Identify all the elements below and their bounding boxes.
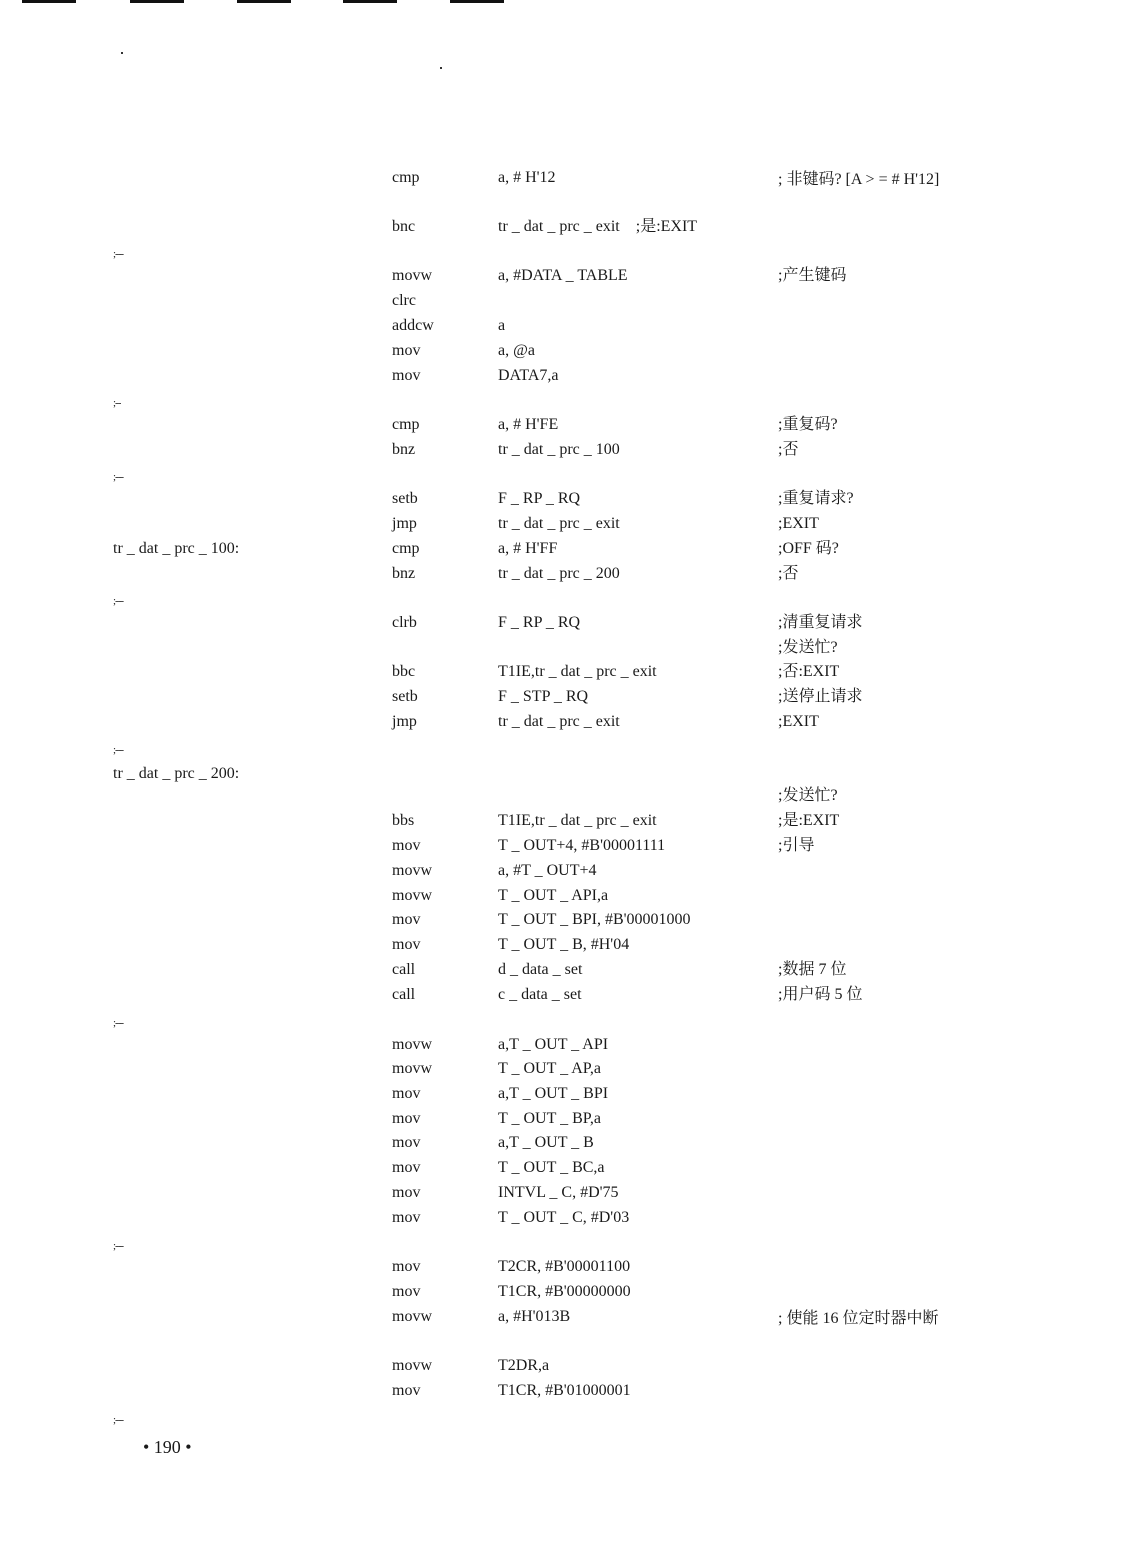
code-line: mova, @a bbox=[0, 341, 1122, 366]
code-line: setbF _ STP _ RQ;送停止请求 bbox=[0, 687, 1122, 712]
opcode: setb bbox=[392, 489, 418, 509]
separator-text: ;--- bbox=[113, 1236, 123, 1256]
code-line: bbsT1IE,tr _ dat _ prc _ exit;是:EXIT bbox=[0, 811, 1122, 836]
opcode: bnz bbox=[392, 564, 415, 584]
opcode: movw bbox=[392, 1059, 432, 1079]
opcode: setb bbox=[392, 687, 418, 707]
top-rule bbox=[22, 0, 76, 3]
operand: T1CR, #B'00000000 bbox=[498, 1282, 631, 1302]
code-line: movwa, #H'013B; 使能 16 位定时器中断 bbox=[0, 1307, 1122, 1332]
operand: a, #H'013B bbox=[498, 1307, 570, 1327]
opcode: bnz bbox=[392, 440, 415, 460]
opcode: mov bbox=[392, 1133, 420, 1153]
operand: a, # H'FE bbox=[498, 415, 558, 435]
code-comment: ;产生键码 bbox=[778, 266, 846, 286]
operand: DATA7,a bbox=[498, 366, 558, 386]
separator-text: ;--- bbox=[113, 591, 123, 611]
opcode: bbc bbox=[392, 662, 415, 682]
top-rule bbox=[237, 0, 291, 3]
operand: T _ OUT _ C, #D'03 bbox=[498, 1208, 629, 1228]
operand: T _ OUT _ BC,a bbox=[498, 1158, 605, 1178]
code-line: movT _ OUT _ C, #D'03 bbox=[0, 1208, 1122, 1233]
code-comment: ;清重复请求 bbox=[778, 613, 862, 633]
code-line: calld _ data _ set;数据 7 位 bbox=[0, 960, 1122, 985]
code-line: movwT _ OUT _ AP,a bbox=[0, 1059, 1122, 1084]
code-line: clrbF _ RP _ RQ;清重复请求 bbox=[0, 613, 1122, 638]
operand: T1CR, #B'01000001 bbox=[498, 1381, 631, 1401]
code-line: ;发送忙? bbox=[0, 638, 1122, 663]
code-comment: ;是:EXIT bbox=[778, 811, 839, 831]
operand: T2CR, #B'00001100 bbox=[498, 1257, 630, 1277]
opcode: clrc bbox=[392, 291, 416, 311]
opcode: bbs bbox=[392, 811, 414, 831]
code-line: movINTVL _ C, #D'75 bbox=[0, 1183, 1122, 1208]
opcode: mov bbox=[392, 366, 420, 386]
operand: a, #DATA _ TABLE bbox=[498, 266, 628, 286]
operand: T2DR,a bbox=[498, 1356, 549, 1376]
code-line: movT2CR, #B'00001100 bbox=[0, 1257, 1122, 1282]
operand: F _ RP _ RQ bbox=[498, 489, 580, 509]
code-line: cmpa, # H'12; 非键码? [A > = # H'12] bbox=[0, 168, 1122, 193]
opcode: mov bbox=[392, 1158, 420, 1178]
code-line: jmptr _ dat _ prc _ exit;EXIT bbox=[0, 514, 1122, 539]
opcode: clrb bbox=[392, 613, 417, 633]
code-line: mova,T _ OUT _ BPI bbox=[0, 1084, 1122, 1109]
opcode: movw bbox=[392, 861, 432, 881]
separator-text: ;--- bbox=[113, 467, 123, 487]
operand: T _ OUT+4, #B'00001111 bbox=[498, 836, 665, 856]
operand: c _ data _ set bbox=[498, 985, 582, 1005]
opcode: mov bbox=[392, 341, 420, 361]
separator-text: ;--- bbox=[113, 1410, 123, 1430]
opcode: cmp bbox=[392, 415, 420, 435]
operand: tr _ dat _ prc _ exit bbox=[498, 514, 620, 534]
separator-text: ;--- bbox=[113, 1013, 123, 1033]
code-comment: ;EXIT bbox=[778, 712, 819, 732]
opcode: mov bbox=[392, 1084, 420, 1104]
code-line: movwa, #T _ OUT+4 bbox=[0, 861, 1122, 886]
opcode: mov bbox=[392, 1257, 420, 1277]
opcode: call bbox=[392, 960, 415, 980]
operand: T _ OUT _ AP,a bbox=[498, 1059, 601, 1079]
code-label: tr _ dat _ prc _ 200: bbox=[113, 764, 239, 784]
operand: T1IE,tr _ dat _ prc _ exit bbox=[498, 811, 657, 831]
opcode: addcw bbox=[392, 316, 434, 336]
operand: T _ OUT _ B, #H'04 bbox=[498, 935, 629, 955]
code-line: bbcT1IE,tr _ dat _ prc _ exit;否:EXIT bbox=[0, 662, 1122, 687]
separator-text: ;--- bbox=[113, 740, 123, 760]
page-number: • 190 • bbox=[143, 1437, 192, 1458]
code-comment: ;重复请求? bbox=[778, 489, 854, 509]
operand: T1IE,tr _ dat _ prc _ exit bbox=[498, 662, 657, 682]
operand: a,T _ OUT _ API bbox=[498, 1035, 608, 1055]
opcode: mov bbox=[392, 1282, 420, 1302]
separator-comment: ;--- bbox=[0, 1410, 1122, 1435]
code-line: movT _ OUT _ BC,a bbox=[0, 1158, 1122, 1183]
code-line: movwa,T _ OUT _ API bbox=[0, 1035, 1122, 1060]
code-line: mova,T _ OUT _ B bbox=[0, 1133, 1122, 1158]
code-comment: ;EXIT bbox=[778, 514, 819, 534]
code-comment: ;否:EXIT bbox=[778, 662, 839, 682]
code-line: movwT2DR,a bbox=[0, 1356, 1122, 1381]
separator-comment: ;--- bbox=[0, 740, 1122, 765]
code-comment: ;用户码 5 位 bbox=[778, 985, 862, 1005]
code-line: callc _ data _ set;用户码 5 位 bbox=[0, 985, 1122, 1010]
opcode: movw bbox=[392, 886, 432, 906]
separator-text: ;-- bbox=[113, 393, 120, 413]
operand: tr _ dat _ prc _ exit ;是:EXIT bbox=[498, 217, 697, 237]
top-rule bbox=[450, 0, 504, 3]
top-rule bbox=[130, 0, 184, 3]
code-line: addcwa bbox=[0, 316, 1122, 341]
operand: a, # H'12 bbox=[498, 168, 556, 188]
code-line: movT1CR, #B'00000000 bbox=[0, 1282, 1122, 1307]
opcode: mov bbox=[392, 935, 420, 955]
opcode: cmp bbox=[392, 168, 420, 188]
code-line: movT _ OUT+4, #B'00001111;引导 bbox=[0, 836, 1122, 861]
operand: tr _ dat _ prc _ exit bbox=[498, 712, 620, 732]
scan-speck bbox=[121, 52, 123, 54]
opcode: mov bbox=[392, 1381, 420, 1401]
operand: tr _ dat _ prc _ 100 bbox=[498, 440, 620, 460]
top-rule bbox=[343, 0, 397, 3]
code-comment: ;发送忙? bbox=[778, 786, 838, 806]
code-line: bnztr _ dat _ prc _ 100;否 bbox=[0, 440, 1122, 465]
operand: INTVL _ C, #D'75 bbox=[498, 1183, 619, 1203]
opcode: movw bbox=[392, 266, 432, 286]
opcode: movw bbox=[392, 1356, 432, 1376]
opcode: jmp bbox=[392, 514, 417, 534]
code-line: movT _ OUT _ B, #H'04 bbox=[0, 935, 1122, 960]
operand: F _ STP _ RQ bbox=[498, 687, 588, 707]
opcode: jmp bbox=[392, 712, 417, 732]
operand: d _ data _ set bbox=[498, 960, 582, 980]
code-line: cmpa, # H'FE;重复码? bbox=[0, 415, 1122, 440]
operand: a, @a bbox=[498, 341, 535, 361]
code-line: clrc bbox=[0, 291, 1122, 316]
code-comment: ;重复码? bbox=[778, 415, 838, 435]
opcode: movw bbox=[392, 1307, 432, 1327]
opcode: mov bbox=[392, 1109, 420, 1129]
code-comment: ; 非键码? [A > = # H'12] bbox=[778, 168, 963, 192]
opcode: mov bbox=[392, 836, 420, 856]
code-comment: ;OFF 码? bbox=[778, 539, 839, 559]
operand: a,T _ OUT _ BPI bbox=[498, 1084, 608, 1104]
operand: T _ OUT _ API,a bbox=[498, 886, 608, 906]
opcode: mov bbox=[392, 1208, 420, 1228]
operand: a bbox=[498, 316, 505, 336]
scan-speck bbox=[440, 67, 442, 69]
code-line: movT _ OUT _ BP,a bbox=[0, 1109, 1122, 1134]
code-line: movT _ OUT _ BPI, #B'00001000 bbox=[0, 910, 1122, 935]
code-comment: ;发送忙? bbox=[778, 638, 838, 658]
code-line: ;发送忙? bbox=[0, 786, 1122, 811]
code-comment: ;数据 7 位 bbox=[778, 960, 846, 980]
opcode: call bbox=[392, 985, 415, 1005]
code-line: movwT _ OUT _ API,a bbox=[0, 886, 1122, 911]
operand: a,T _ OUT _ B bbox=[498, 1133, 594, 1153]
code-line: bnctr _ dat _ prc _ exit ;是:EXIT bbox=[0, 217, 1122, 242]
code-line: movT1CR, #B'01000001 bbox=[0, 1381, 1122, 1406]
opcode: cmp bbox=[392, 539, 420, 559]
code-line: tr _ dat _ prc _ 100:cmpa, # H'FF;OFF 码? bbox=[0, 539, 1122, 564]
code-line: bnztr _ dat _ prc _ 200;否 bbox=[0, 564, 1122, 589]
code-comment: ;否 bbox=[778, 440, 798, 460]
operand: T _ OUT _ BPI, #B'00001000 bbox=[498, 910, 691, 930]
opcode: bnc bbox=[392, 217, 415, 237]
opcode: movw bbox=[392, 1035, 432, 1055]
code-comment: ;否 bbox=[778, 564, 798, 584]
code-line: movwa, #DATA _ TABLE;产生键码 bbox=[0, 266, 1122, 291]
separator-text: ;--- bbox=[113, 244, 123, 264]
operand: a, # H'FF bbox=[498, 539, 557, 559]
operand: a, #T _ OUT+4 bbox=[498, 861, 597, 881]
code-comment: ;送停止请求 bbox=[778, 687, 862, 707]
operand: tr _ dat _ prc _ 200 bbox=[498, 564, 620, 584]
code-line: movDATA7,a bbox=[0, 366, 1122, 391]
code-line: jmptr _ dat _ prc _ exit;EXIT bbox=[0, 712, 1122, 737]
opcode: mov bbox=[392, 1183, 420, 1203]
opcode: mov bbox=[392, 910, 420, 930]
operand: F _ RP _ RQ bbox=[498, 613, 580, 633]
code-label: tr _ dat _ prc _ 100: bbox=[113, 539, 239, 559]
code-comment: ;引导 bbox=[778, 836, 814, 856]
code-line: setbF _ RP _ RQ;重复请求? bbox=[0, 489, 1122, 514]
code-comment: ; 使能 16 位定时器中断 bbox=[778, 1307, 963, 1331]
operand: T _ OUT _ BP,a bbox=[498, 1109, 601, 1129]
